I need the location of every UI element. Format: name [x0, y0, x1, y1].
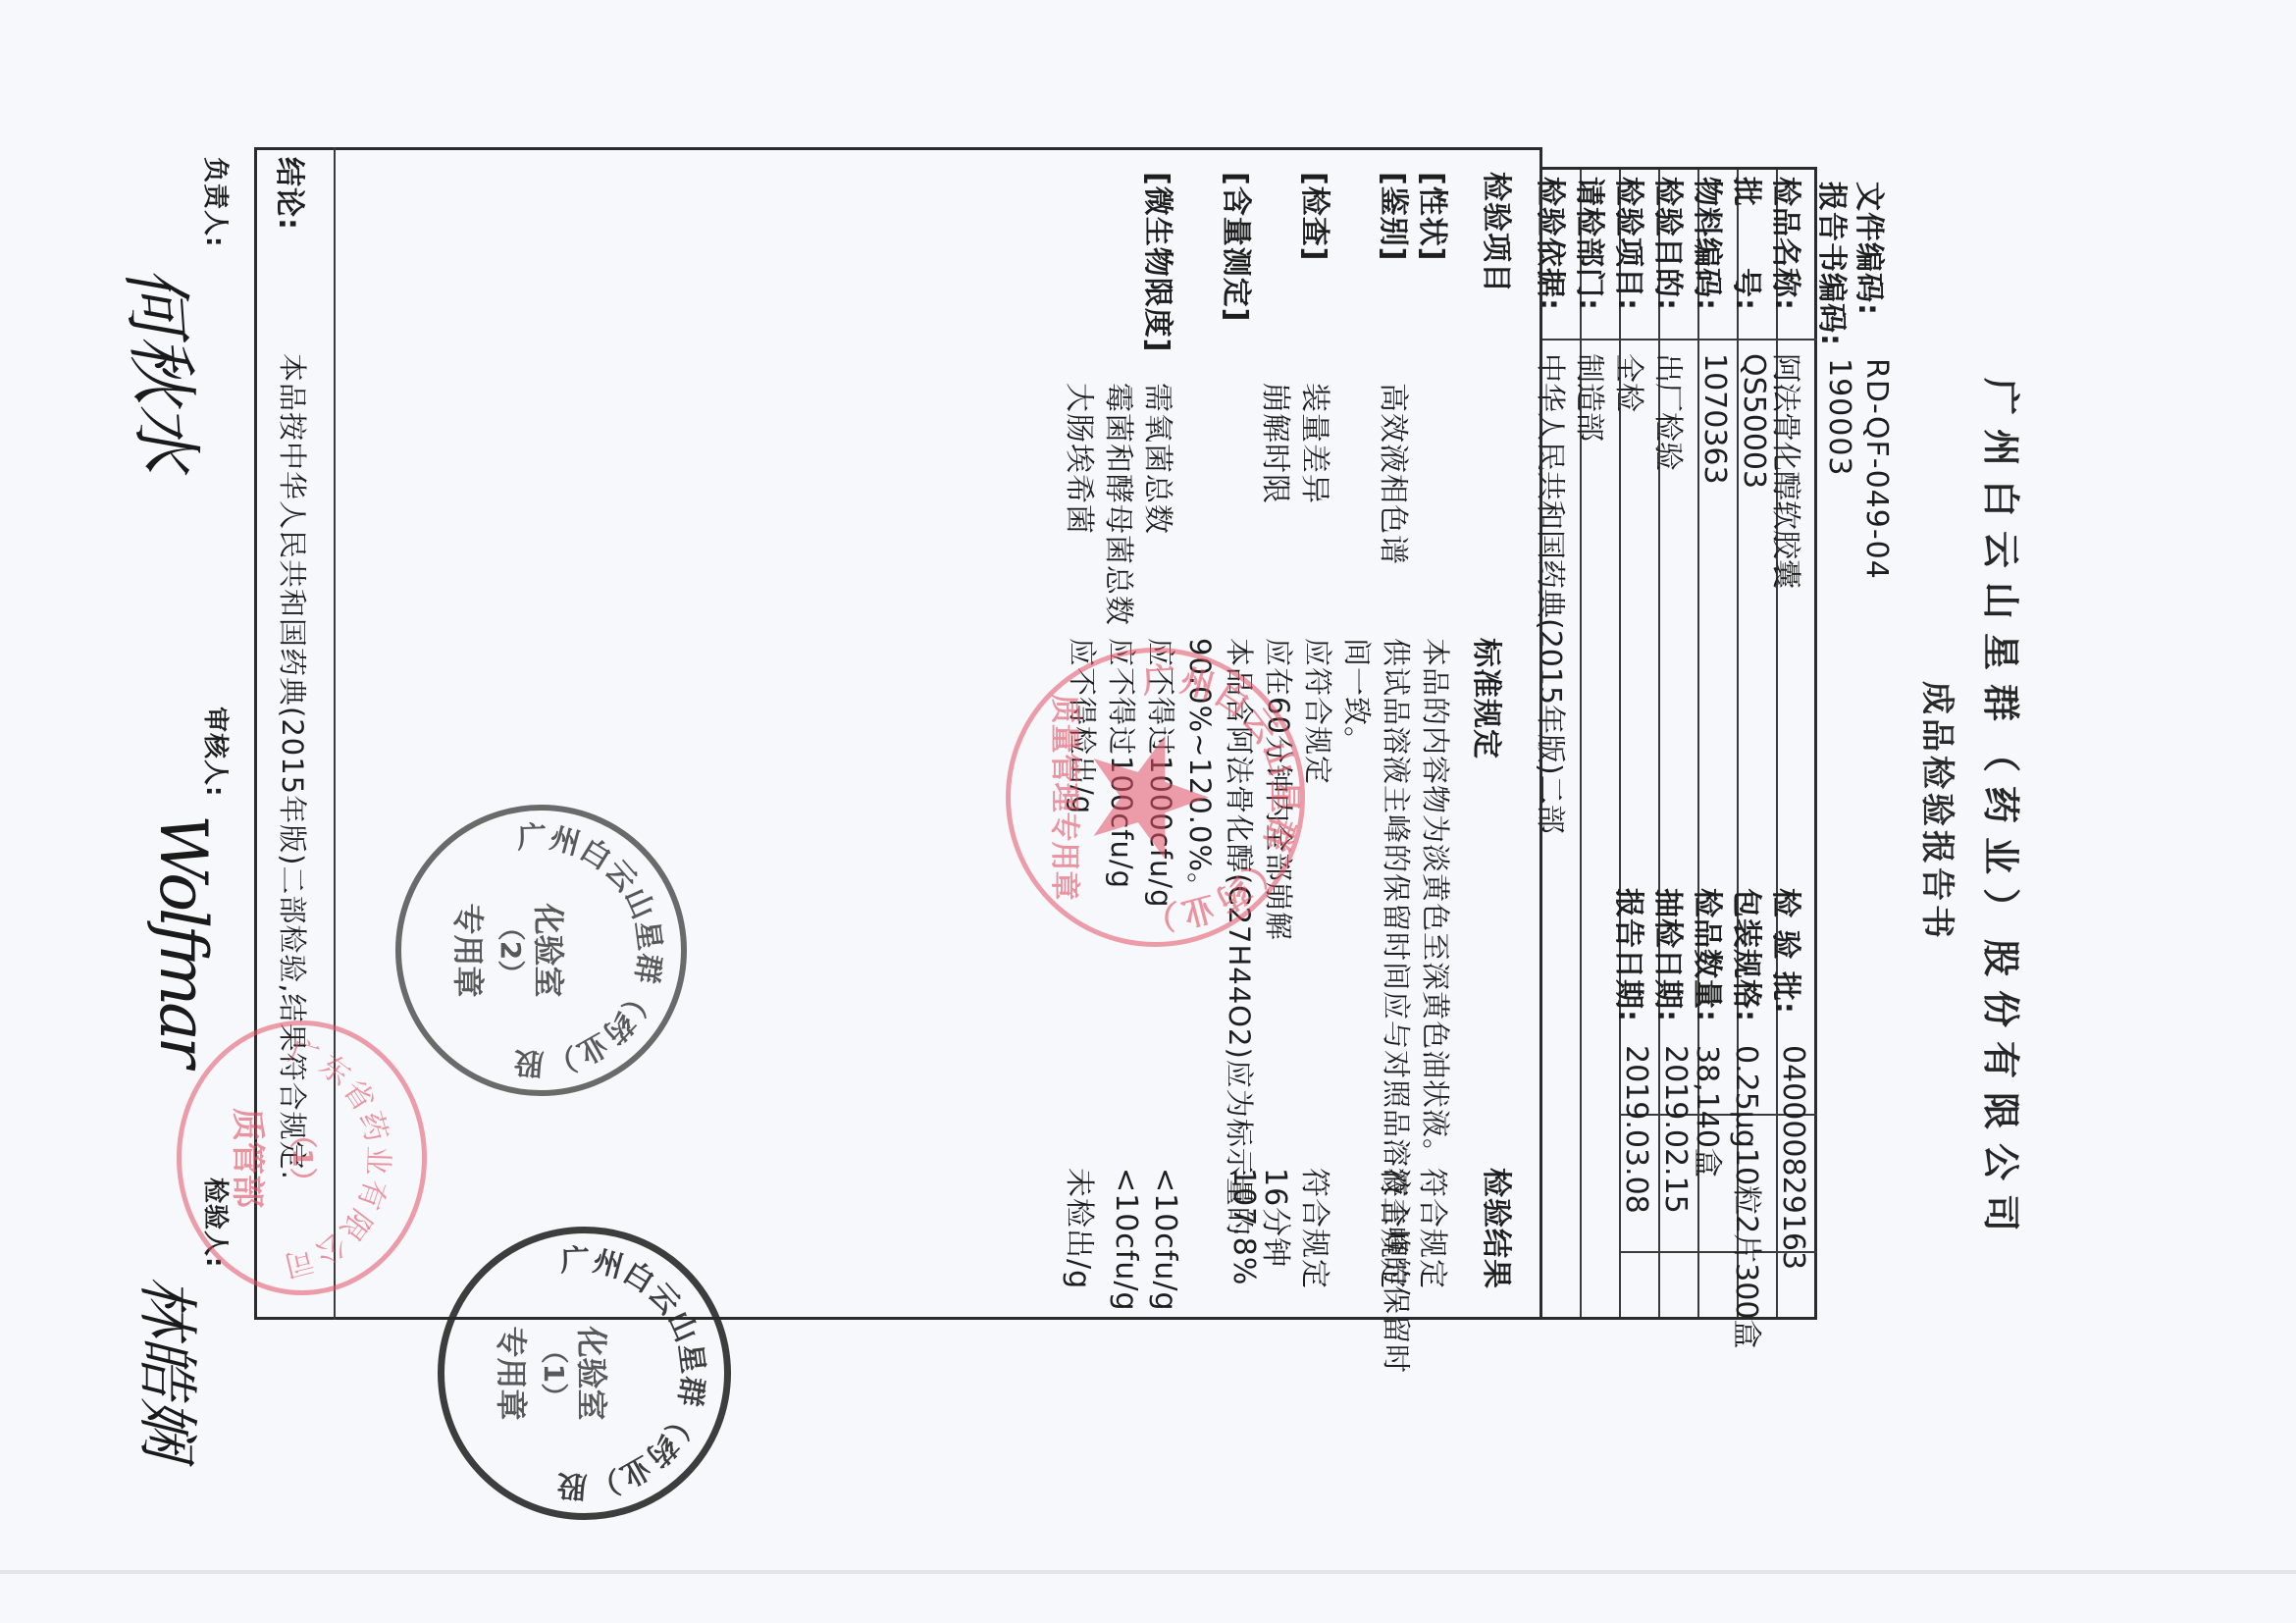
info-right-label: 检品数量:	[1689, 888, 1732, 1022]
conclusion-label: 结论:	[271, 157, 314, 231]
red-dept-stamp-center: 质管部	[227, 1025, 275, 1290]
test-item: 高效液相色谱	[1375, 383, 1418, 565]
test-result: 16分钟	[1257, 1168, 1300, 1268]
test-result: 符合规定	[1375, 1168, 1418, 1289]
grey-stamp-1-number: （1）	[536, 1233, 575, 1513]
test-result: <10cfu/g	[1148, 1168, 1182, 1312]
scan-edge	[0, 1570, 2296, 1574]
info-right-value: 2019.02.15	[1658, 1045, 1693, 1214]
test-result: <10cfu/g	[1109, 1168, 1143, 1312]
info-table-left-border	[1539, 167, 1817, 170]
header-standard: 标准规定	[1468, 638, 1511, 759]
info-col-divider	[1539, 339, 1817, 340]
star-icon	[1094, 736, 1209, 860]
grey-lab-stamp-2: 广州白云山星群（药业）股份有限公司 化验室 （2） 专用章	[395, 805, 687, 1096]
section-heading: [鉴别]	[1375, 172, 1418, 261]
info-right-label: 抽检日期:	[1649, 888, 1693, 1022]
file-code-label: 文件编码:	[1851, 182, 1894, 316]
info-right-label: 检 验 批:	[1767, 888, 1810, 1015]
info-label: 批 号:	[1728, 177, 1771, 311]
red-qa-dept-stamp: 广东省药业有限公司 （1） 质管部	[177, 1021, 427, 1295]
standard-text: 间一致。	[1338, 638, 1379, 756]
grey-stamp-2-center: 专用章	[447, 811, 493, 1090]
section-heading: [性状]	[1414, 172, 1457, 261]
report-no-label: 报告书编码:	[1813, 182, 1856, 346]
section-heading: [含量测定]	[1218, 172, 1261, 322]
inspection-report-page: 广州白云山星群（药业）股份有限公司 成品检验报告书 文件编码: RD-QF-04…	[0, 0, 2296, 1623]
company-name: 广州白云山星群（药业）股份有限公司	[1977, 0, 2031, 1623]
info-right-value: 0.25μg10粒2片300盒	[1728, 1045, 1771, 1348]
header-item: 检验项目	[1478, 172, 1521, 293]
info-label: 检验项目:	[1610, 177, 1653, 311]
test-result: 未检出/g	[1061, 1168, 1104, 1289]
red-dept-stamp-number: （1）	[285, 1025, 324, 1290]
info-value: 中华人民共和国药典(2015年版)二部	[1532, 353, 1575, 834]
info-label: 请检部门:	[1571, 177, 1614, 311]
reviewer-label: 审核人:	[199, 707, 235, 797]
info-label: 检品名称:	[1767, 177, 1810, 311]
section-heading: [微生物限度]	[1139, 172, 1182, 352]
info-value: 阿法骨化醇软胶囊	[1767, 353, 1810, 589]
results-left-border	[255, 147, 1542, 150]
grey-stamp-1-lab: 化验室	[571, 1233, 616, 1513]
standard-text: 本品的内容物为淡黄色至深黄色油状液。	[1417, 638, 1457, 1168]
red-stamp-center-text: 质量管理专用章	[1046, 653, 1089, 942]
test-item: 装量差异	[1296, 383, 1339, 504]
grey-stamp-2-lab: 化验室	[528, 811, 573, 1090]
test-result: 107.8%	[1226, 1168, 1261, 1285]
report-no: 190003	[1822, 358, 1856, 477]
header-result: 检验结果	[1478, 1168, 1521, 1289]
grey-stamp-1-center: 专用章	[491, 1233, 536, 1513]
file-code: RD-QF-049-04	[1859, 358, 1894, 580]
report-title: 成品检验报告书	[1916, 0, 1964, 1623]
responsible-label: 负责人:	[199, 157, 235, 247]
section-heading: [检查]	[1296, 172, 1339, 261]
info-value: 全检	[1610, 353, 1653, 412]
info-value: 1070363	[1697, 353, 1732, 485]
info-value: 出厂检验	[1649, 353, 1693, 471]
standard-text: 应符合规定	[1299, 638, 1339, 785]
test-item: 霉菌和酵母菌总数	[1100, 383, 1143, 626]
test-result: 符合规定	[1414, 1168, 1457, 1289]
grey-lab-stamp-1: 广州白云山星群（药业）股份有限公司 化验室 （1） 专用章	[438, 1227, 731, 1520]
info-label: 检验依据:	[1532, 177, 1575, 311]
test-item: 大肠埃希菌	[1061, 383, 1104, 535]
grey-stamp-2-number: （2）	[493, 811, 532, 1090]
red-quality-stamp: 广州白云山星群（药业）股份有限公司 质量管理专用章	[1006, 648, 1305, 947]
test-result: 符合规定	[1296, 1168, 1339, 1289]
info-right-value: 38,140盒	[1689, 1045, 1732, 1178]
info-right-label: 包装规格:	[1728, 888, 1771, 1022]
info-value: QS50003	[1737, 353, 1771, 489]
info-table-right-border	[1539, 1317, 1817, 1320]
info-right-value: 2019.03.08	[1619, 1045, 1653, 1214]
info-label: 检验目的:	[1649, 177, 1693, 311]
inspector-signature: 林皓娴	[129, 1276, 216, 1458]
test-item: 崩解时限	[1257, 383, 1300, 504]
info-right-label: 报告日期:	[1610, 888, 1653, 1022]
info-value: 制造部	[1571, 353, 1614, 442]
test-item: 需氧菌总数	[1139, 383, 1182, 535]
info-right-value: 040000829163	[1776, 1045, 1810, 1270]
responsible-signature: 何秋水	[110, 262, 223, 475]
results-top-border	[1539, 147, 1542, 1320]
info-label: 物料编码:	[1689, 177, 1732, 311]
